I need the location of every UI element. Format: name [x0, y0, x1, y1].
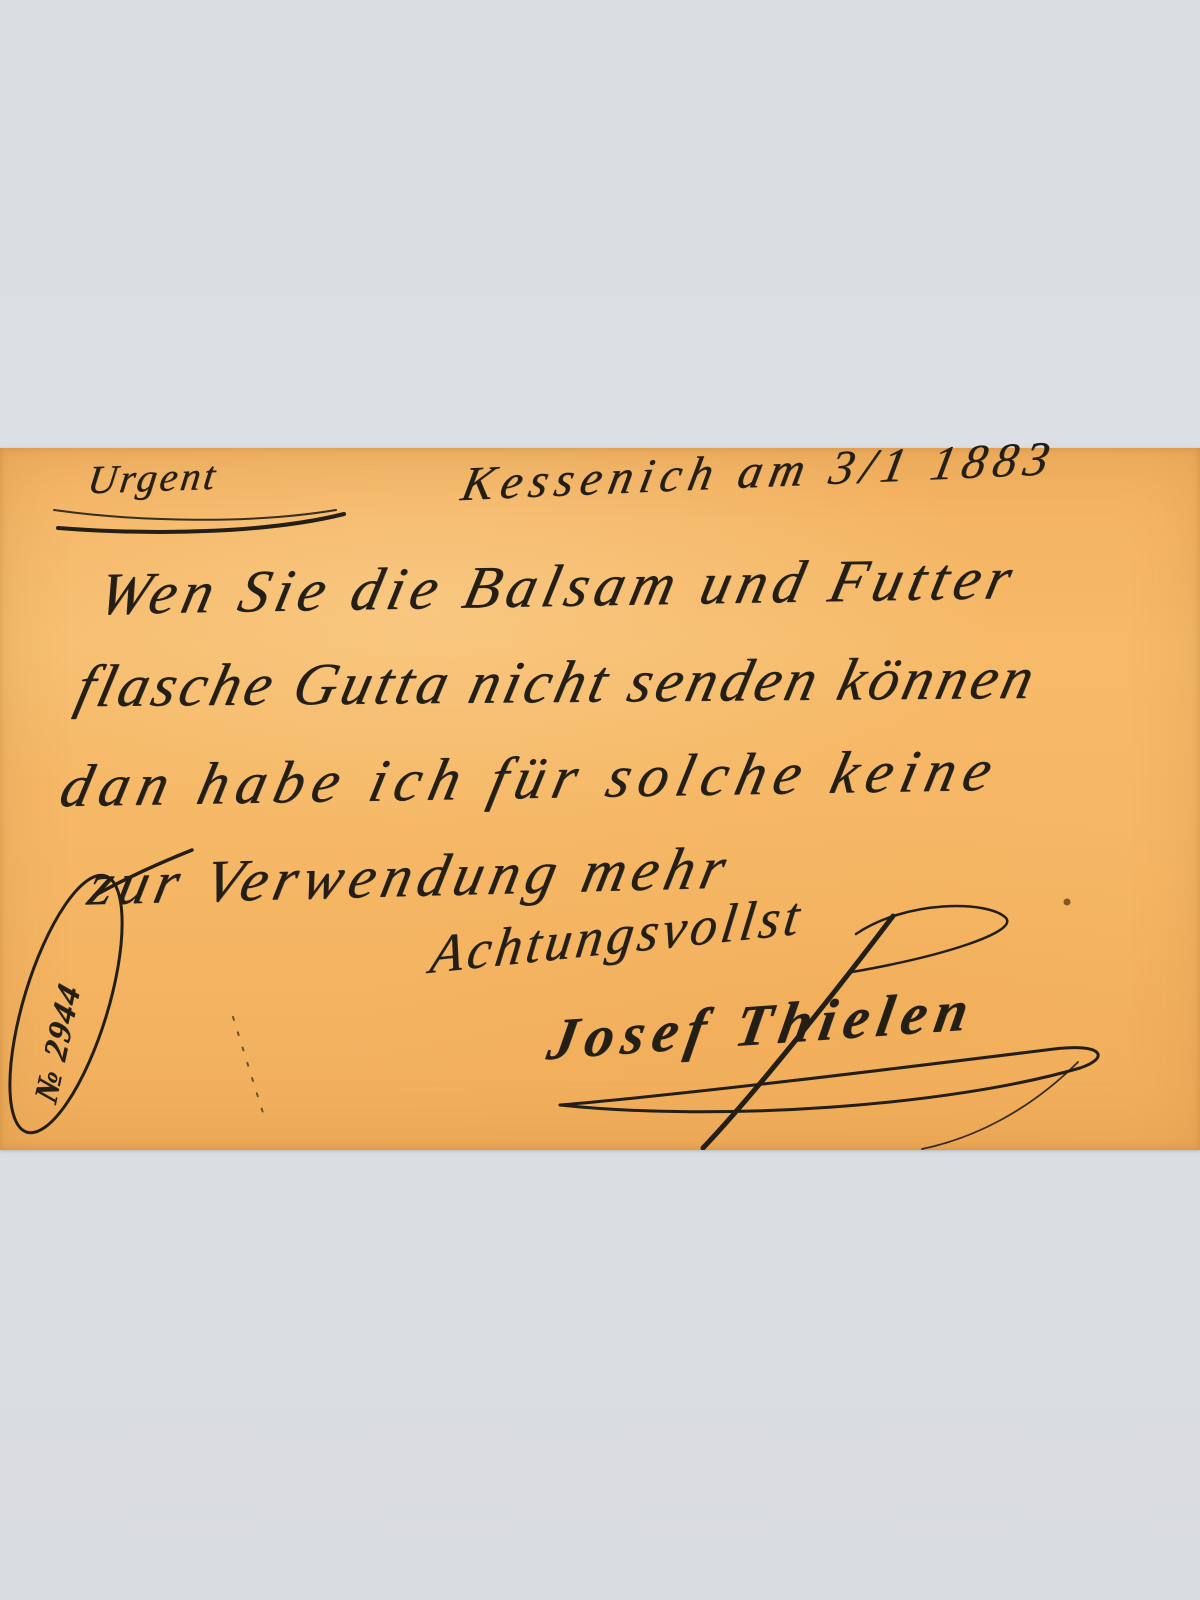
dashed-mark: [233, 1017, 263, 1113]
margin-number-note: № 2944: [30, 979, 87, 1108]
body-line-2: flasche Gutta nicht senden können: [71, 648, 1044, 716]
photo-background: Urgent Kessenich am 3/1 1883 Wen Sie die…: [0, 0, 1200, 1600]
closing-swash: [852, 906, 1007, 972]
ink-speck: [1064, 899, 1071, 906]
urgency-underline-bold: [58, 514, 344, 532]
signature: Josef Thielen: [543, 981, 980, 1070]
urgency-underline-thin: [54, 510, 336, 520]
signature-tail: [922, 1062, 1078, 1149]
urgency-note: Urgent: [85, 456, 220, 501]
body-line-1: Wen Sie die Balsam und Futter: [93, 548, 1023, 624]
postcard: Urgent Kessenich am 3/1 1883 Wen Sie die…: [0, 448, 1200, 1150]
body-line-3: dan habe ich für solche keine: [55, 740, 1006, 817]
dateline: Kessenich am 3/1 1883: [457, 435, 1060, 509]
